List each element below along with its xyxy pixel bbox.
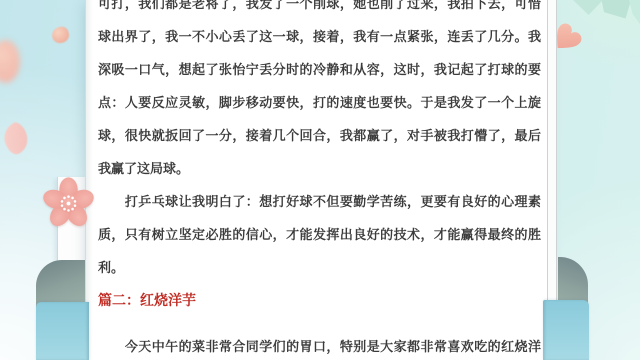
paper: 可打，我们都是老将了，我发了一个削球，她也削了过来，我拍下去，可惜球出界了，我一… bbox=[85, 0, 548, 360]
essay-line: 球，很快就扳回了一分，接着几个回合，我都赢了，对手被我打懵了，最后 bbox=[98, 119, 541, 152]
mint-leaf-icon bbox=[601, 0, 631, 21]
mint-leaf-icon bbox=[573, 0, 603, 15]
pink-petal-icon bbox=[0, 120, 34, 157]
essay-line: 球出界了，我一不小心丢了这一球，接着，我有一点紧张，连丢了几分。我 bbox=[98, 20, 541, 53]
essay-line: 质，只有树立坚定必胜的信心，才能发挥出良好的技术，才能赢得最终的胜 bbox=[98, 218, 541, 251]
essay-line: 利。 bbox=[98, 251, 541, 284]
essay-line: 今天中午的菜非常合同学们的胃口，特别是大家都非常喜欢吃的红烧洋 bbox=[98, 330, 541, 360]
blue-pocket-right bbox=[543, 300, 589, 360]
blue-pocket-left bbox=[36, 302, 89, 360]
pink-petal-icon bbox=[50, 25, 71, 45]
essay-line: 我赢了这局球。 bbox=[98, 152, 541, 185]
pink-blur-petal-icon bbox=[0, 40, 20, 83]
essay-lines: 可打，我们都是老将了，我发了一个削球，她也削了过来，我拍下去，可惜球出界了，我一… bbox=[98, 0, 541, 360]
section-heading: 篇二：红烧洋芋 bbox=[98, 284, 541, 317]
essay-line: 打乒乓球让我明白了：想打好球不但要勤学苦练，更要有良好的心理素 bbox=[98, 185, 541, 218]
essay-line: 深吸一口气，想起了张怡宁丢分时的冷静和从容，这时，我记起了打球的要 bbox=[98, 53, 541, 86]
document-page: 可打，我们都是老将了，我发了一个削球，她也削了过来，我拍下去，可惜球出界了，我一… bbox=[0, 0, 640, 360]
sakura-flower-icon bbox=[41, 176, 96, 231]
essay-line: 点：人要反应灵敏，脚步移动要快，打的速度也要快。于是我发了一个上旋 bbox=[98, 86, 541, 119]
mint-leaf-icon bbox=[629, 0, 640, 27]
essay-line: 可打，我们都是老将了，我发了一个削球，她也削了过来，我拍下去，可惜 bbox=[98, 0, 541, 20]
